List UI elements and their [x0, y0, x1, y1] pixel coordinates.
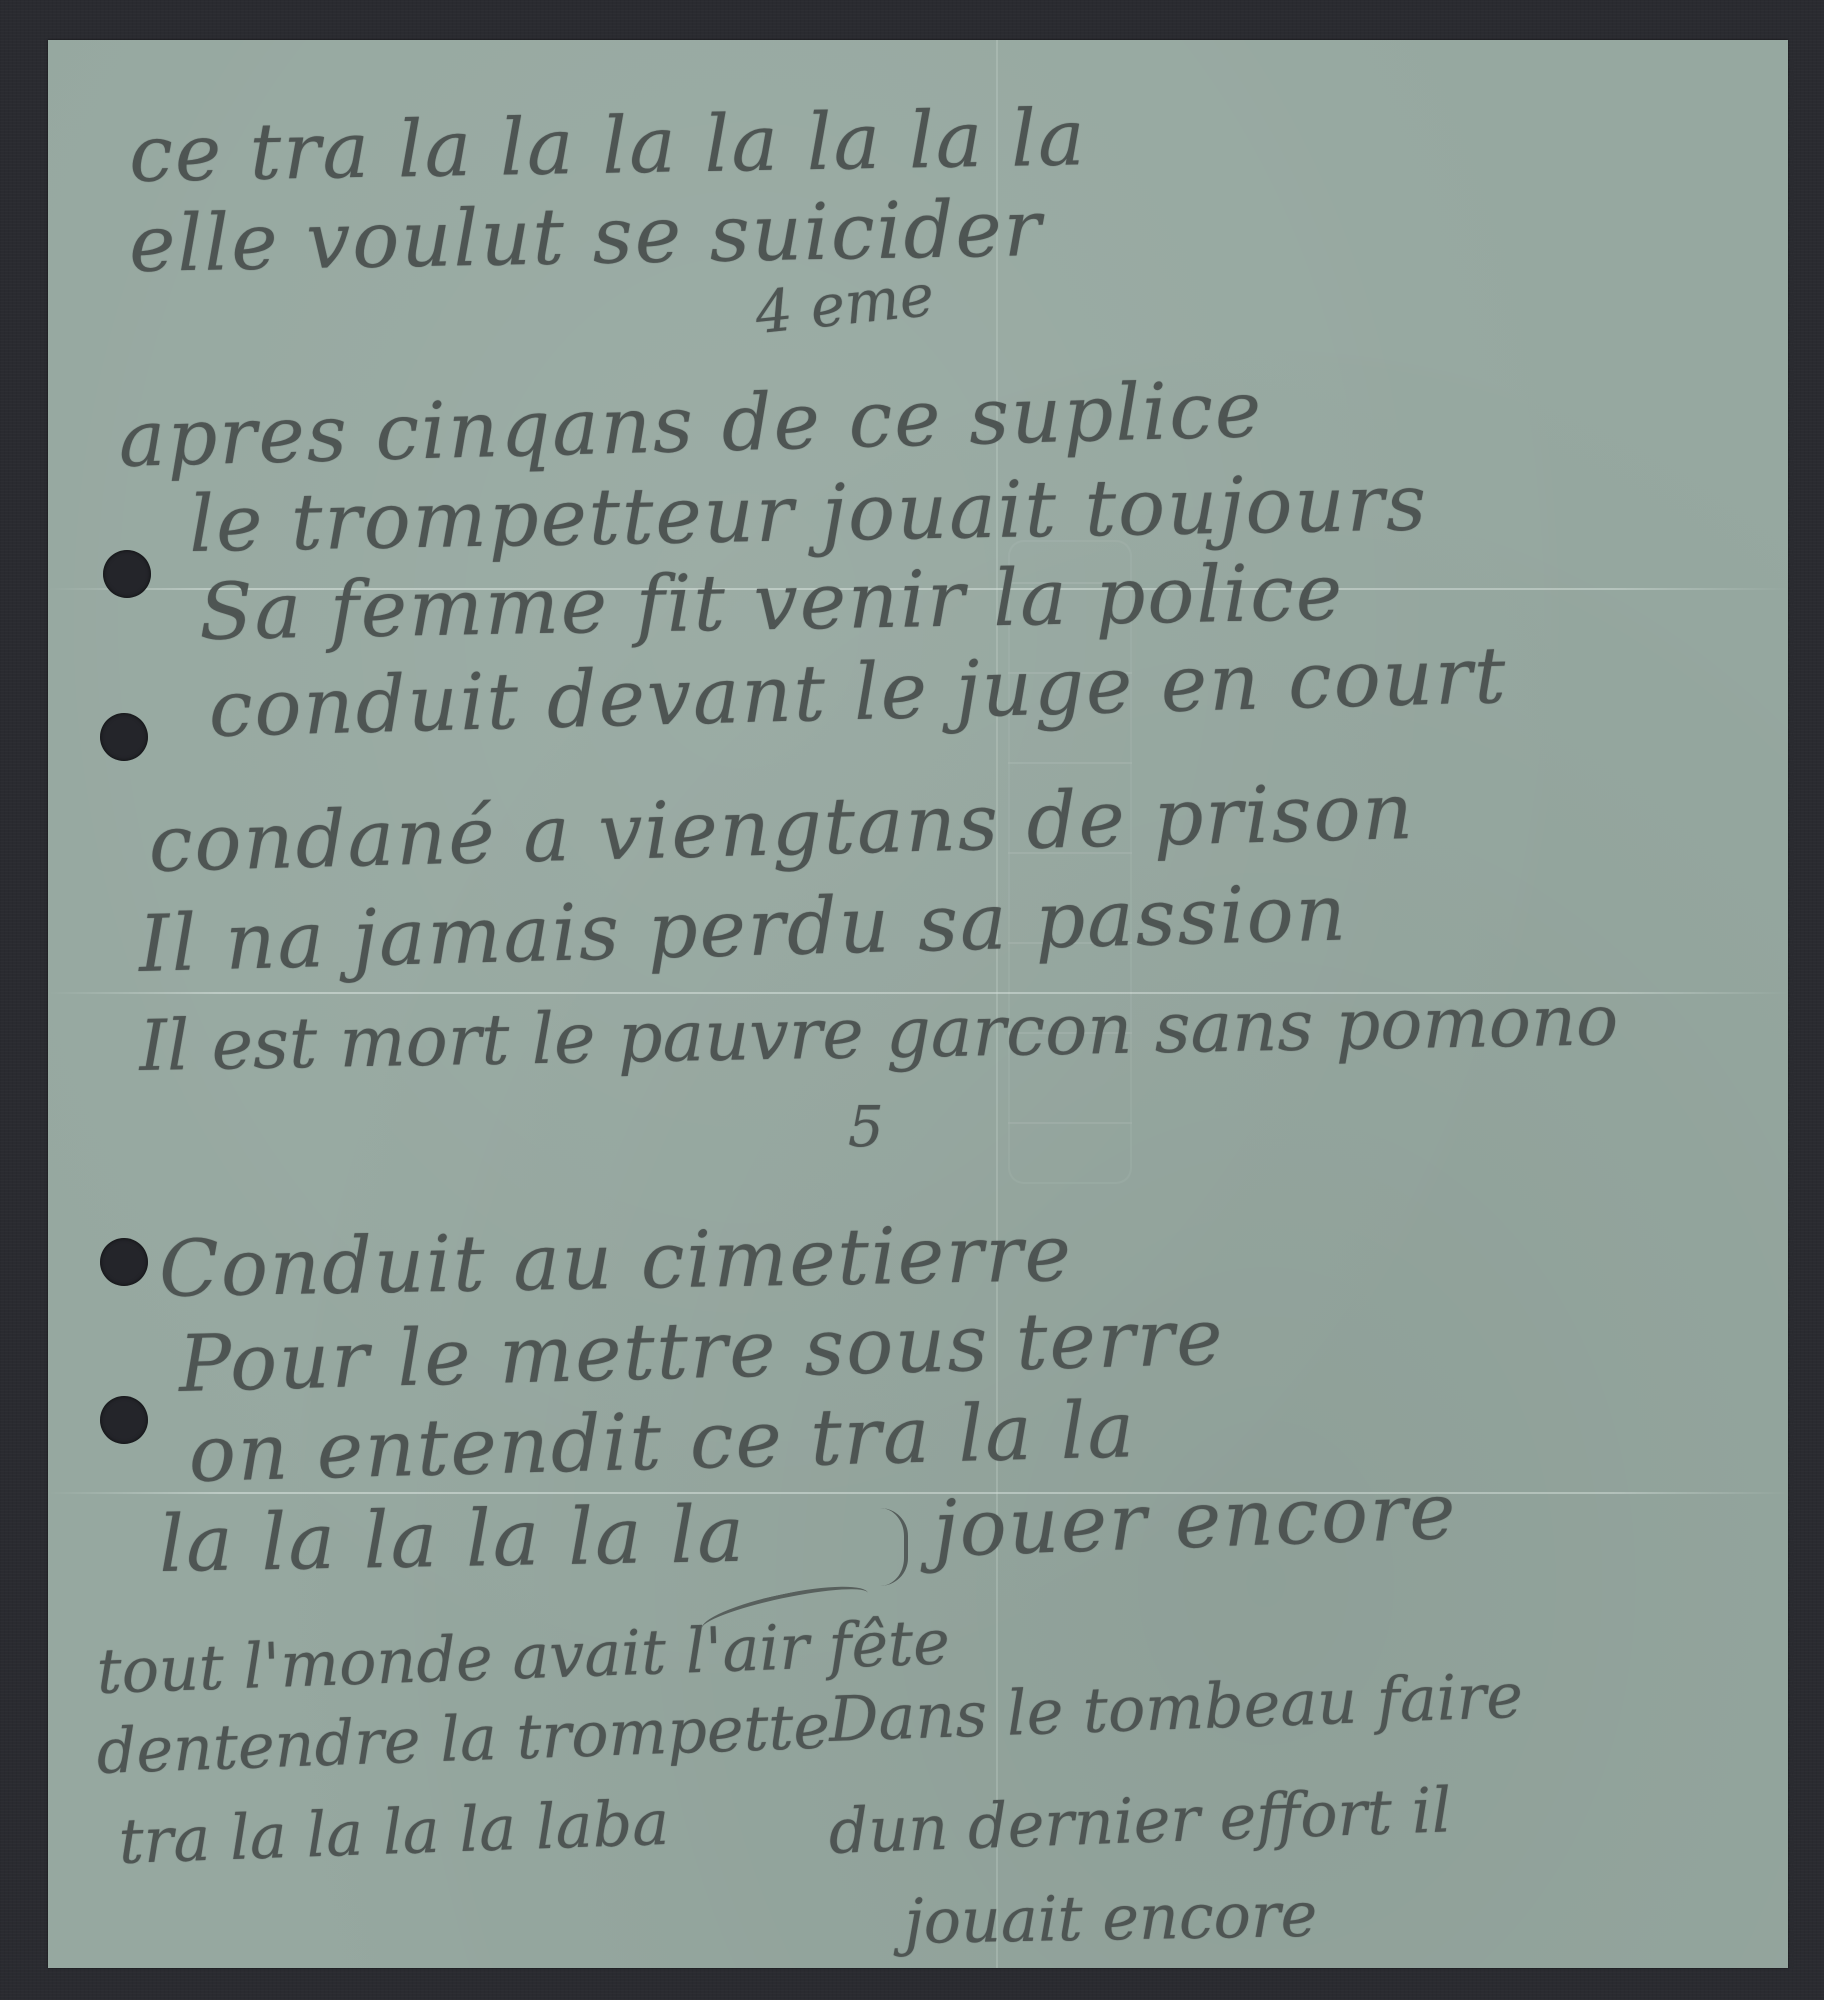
- perforated-edge: [1782, 58, 1794, 1968]
- punch-hole: [103, 550, 151, 598]
- lyric-line: ce tra la la la la la la la: [128, 93, 1087, 200]
- punch-hole: [100, 713, 148, 761]
- lyric-line: jouer encore: [932, 1467, 1459, 1575]
- punch-hole: [100, 1396, 148, 1444]
- lyric-line: jouait encore: [904, 1878, 1318, 1958]
- verse-heading: 5: [848, 1095, 884, 1160]
- punch-hole: [100, 1238, 148, 1286]
- lyric-line: Conduit au cimetierre: [158, 1209, 1073, 1315]
- lyric-line: la la la la la la: [158, 1490, 746, 1590]
